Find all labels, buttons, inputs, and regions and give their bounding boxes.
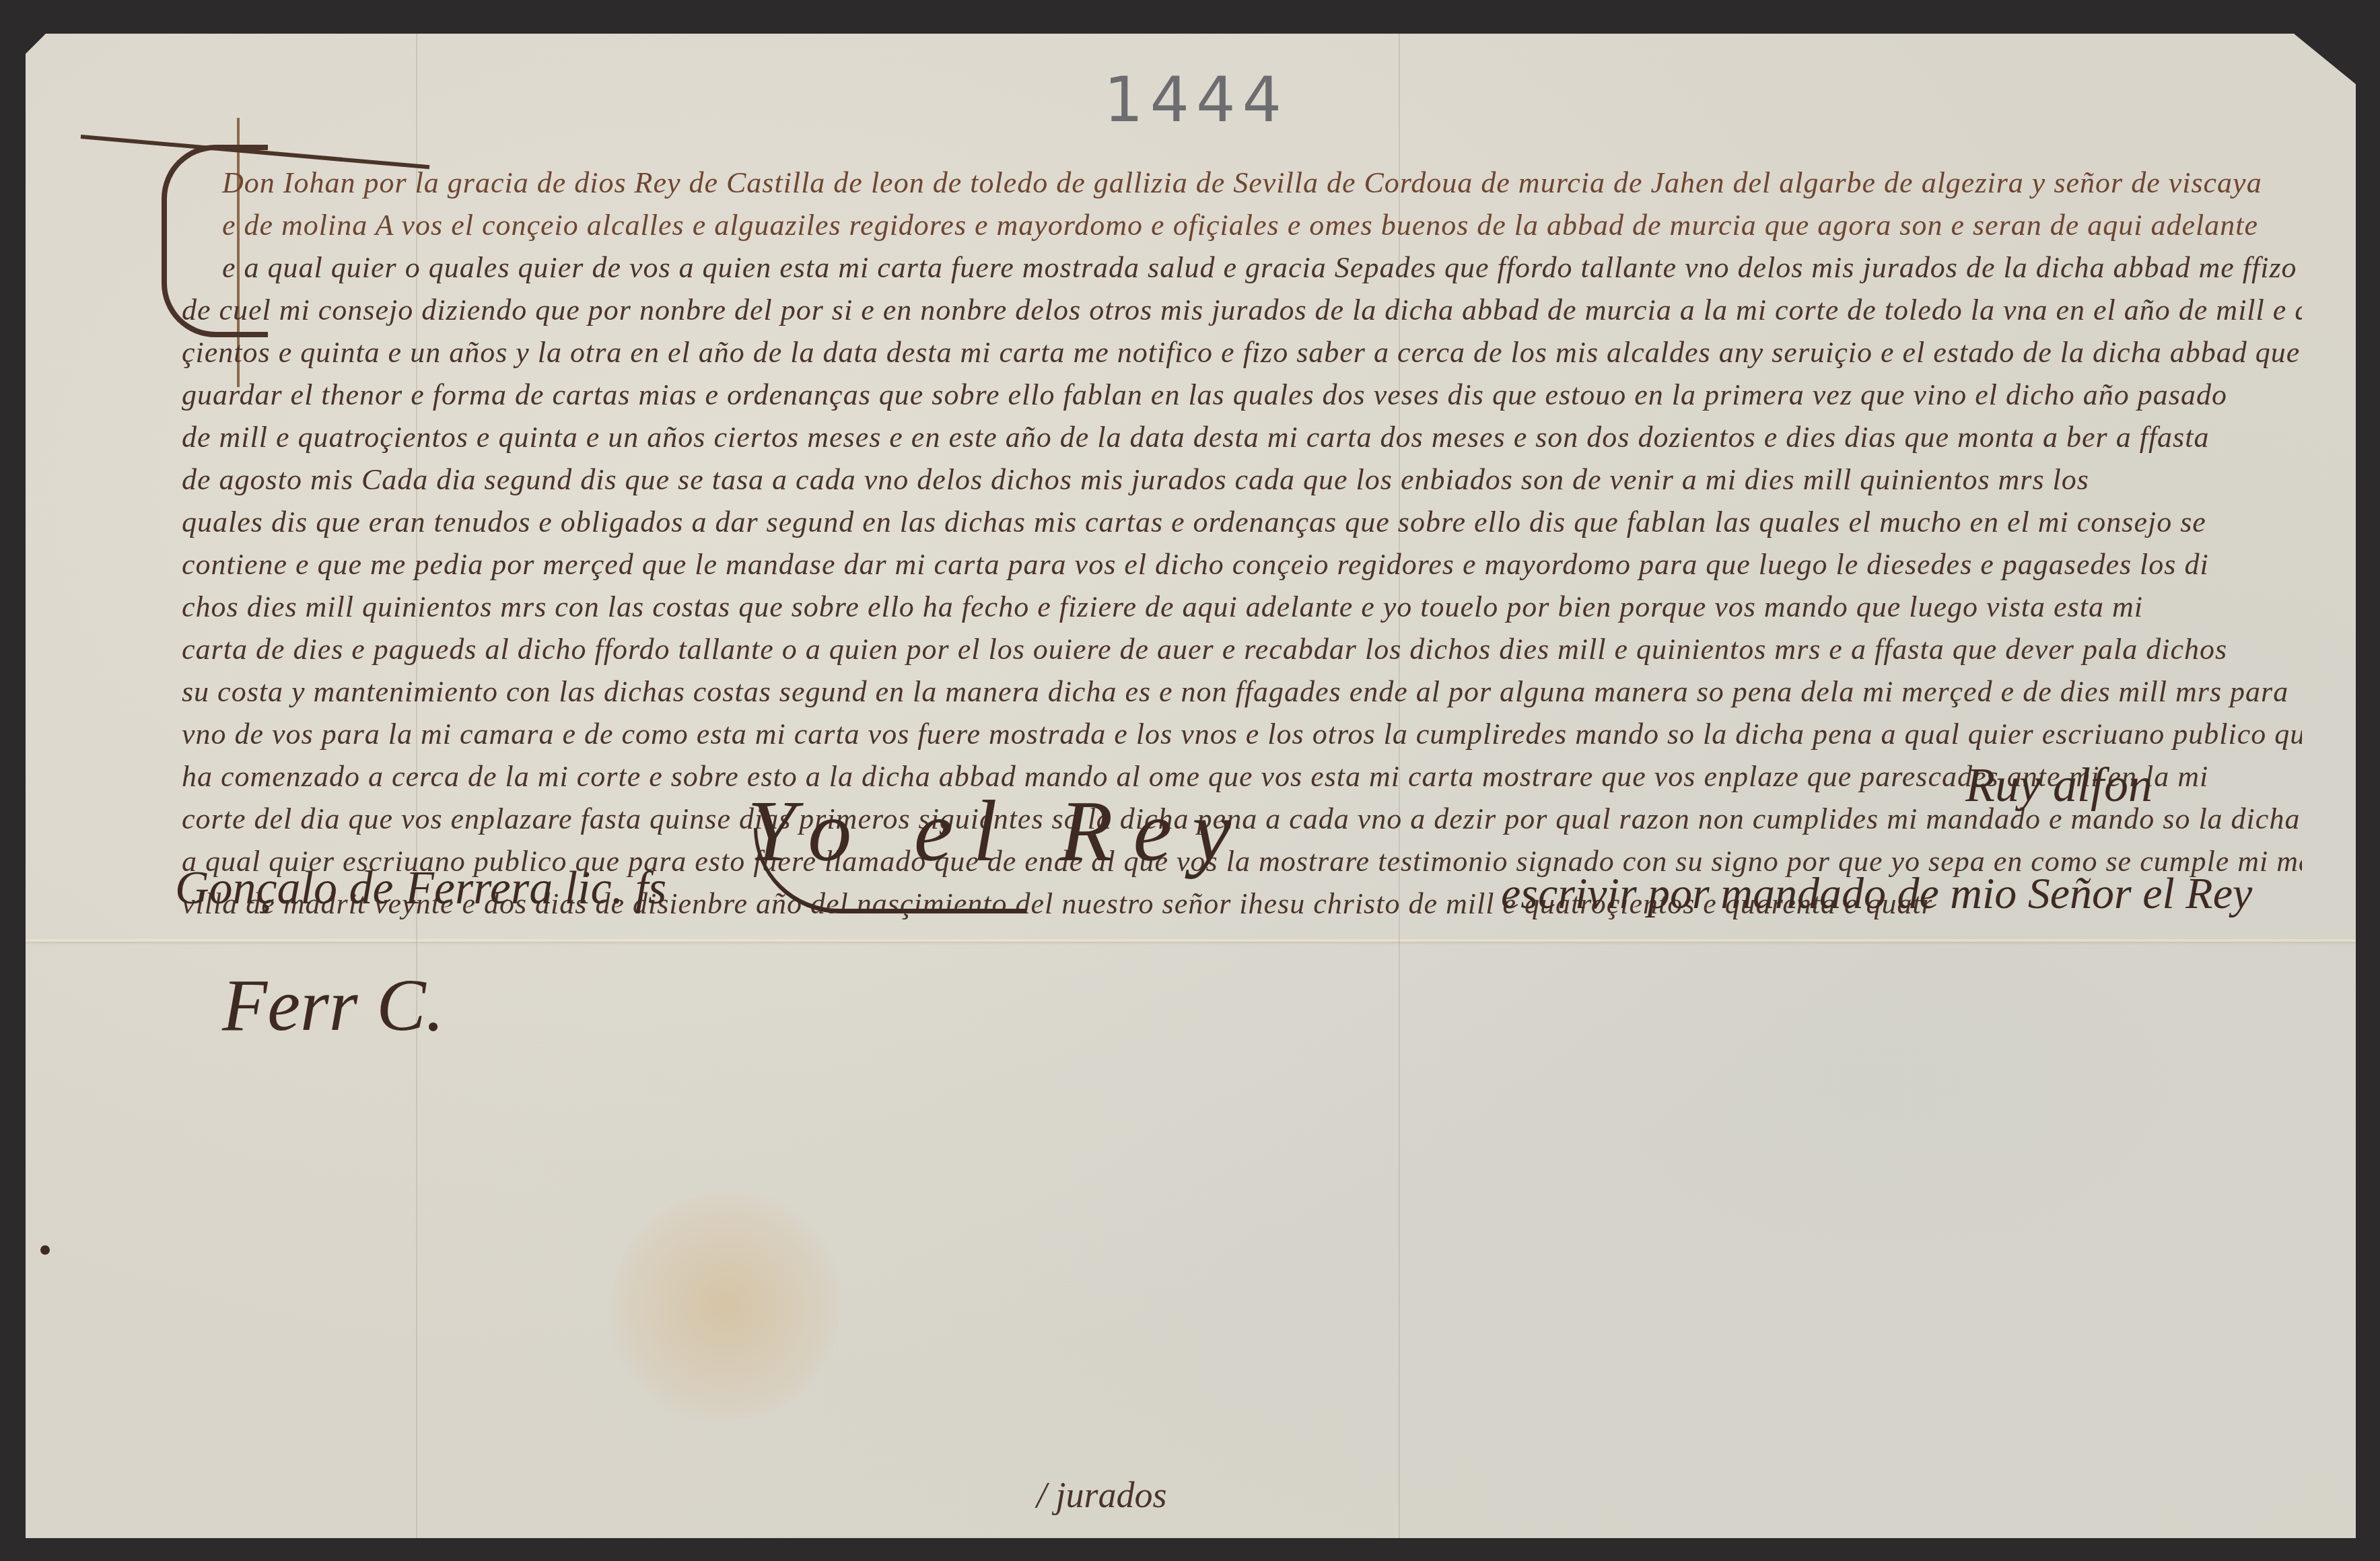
king-signature-flourish [754, 828, 1026, 913]
body-line: de agosto mis Cada dia segund dis que se… [182, 458, 2302, 501]
body-line: guardar el thenor e forma de cartas mias… [182, 374, 2302, 416]
body-line: su costa y mantenimiento con las dichas … [182, 670, 2302, 713]
body-line: e de molina A vos el conçeio alcalles e … [182, 204, 2302, 246]
secretary-attestation: escrivir por mandado de mio Señor el Rey [1501, 868, 2252, 920]
body-line: de mill e quatroçientos e quinta e un añ… [182, 416, 2302, 458]
body-line: de cuel mi consejo diziendo que por nonb… [182, 289, 2302, 331]
registrar-mark: Ferr C. [222, 963, 444, 1048]
body-line: e a qual quier o quales quier de vos a q… [182, 246, 2302, 289]
body-line: chos dies mill quinientos mrs con las co… [182, 586, 2302, 628]
water-stain [611, 1191, 840, 1420]
horizontal-fold-line [26, 939, 2356, 942]
body-line: carta de dies e pagueds al dicho ffordo … [182, 628, 2302, 670]
body-line: vno de vos para la mi camara e de como e… [182, 713, 2302, 755]
archive-number: 1444 [1104, 64, 1288, 136]
body-line: contiene e que me pedia por merçed que l… [182, 543, 2302, 586]
registrar-signature: Gonçalo de Ferrera lic. fs [175, 862, 666, 915]
bottom-annotation: / jurados [1037, 1474, 1167, 1516]
secretary-signature-top: Ruy alfon [1965, 757, 2152, 813]
margin-ink-dot [40, 1245, 50, 1255]
body-line: Don Iohan por la gracia de dios Rey de C… [182, 162, 2302, 204]
body-line: çientos e quinta e un años y la otra en … [182, 331, 2302, 374]
body-line: quales dis que eran tenudos e obligados … [182, 501, 2302, 543]
